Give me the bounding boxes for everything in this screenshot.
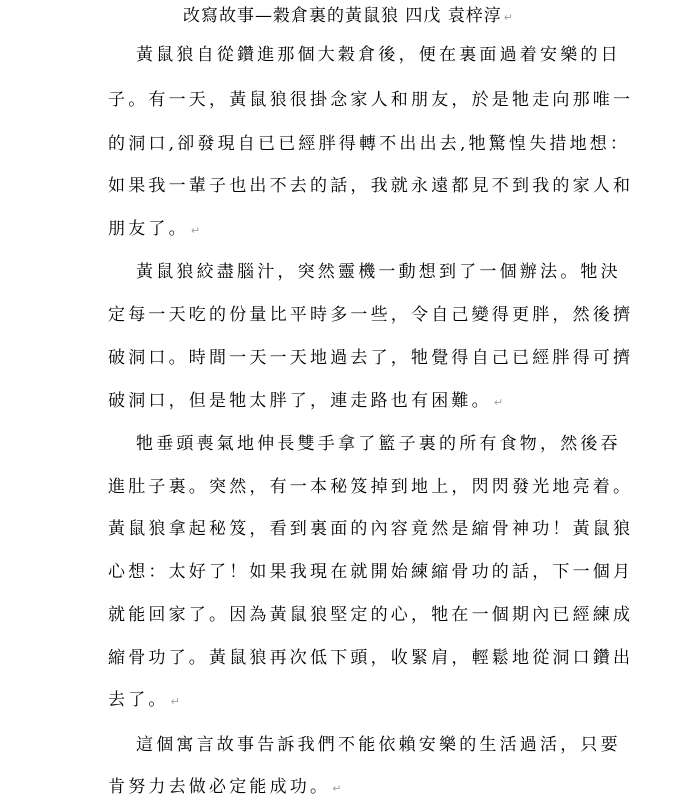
text-line: 破洞口，但是牠太胖了，連走路也有困難。↵: [108, 391, 503, 413]
text-line: 子。有一天，黃鼠狼很掛念家人和朋友，於是牠走向那唯一: [108, 90, 633, 110]
text-line: 的洞口,卻發現自已已經胖得轉不出出去,牠驚惶失措地想：: [108, 134, 630, 154]
text-line: 牠垂頭喪氣地伸長雙手拿了籃子裏的所有食物，然後吞: [136, 434, 621, 454]
paragraph-mark-icon: ↵: [332, 782, 341, 795]
text-line: 進肚子裏。突然，有一本秘笈掉到地上，閃閃發光地亮着。: [108, 477, 633, 497]
paragraph-mark-icon: ↵: [494, 396, 503, 409]
text-line: 定每一天吃的份量比平時多一些，令自己變得更胖，然後擠: [108, 305, 633, 325]
title-text: 改寫故事—穀倉裏的黃鼠狼 四戊 袁梓淳: [183, 6, 502, 26]
paragraph-mark-icon: ↵: [171, 695, 180, 708]
text-line: 去了。↵: [108, 690, 180, 712]
text-line: 這個寓言故事告訴我們不能依賴安樂的生活過活，只要: [136, 735, 621, 755]
text-line: 心想：太好了！如果我現在就開始練縮骨功的話，下一個月: [108, 562, 633, 582]
line-text: 去了。: [108, 690, 169, 710]
text-line: 黃鼠狼自從鑽進那個大穀倉後，便在裏面過着安樂的日: [136, 45, 621, 65]
text-line: 朋友了。↵: [108, 219, 200, 241]
document-title: 改寫故事—穀倉裏的黃鼠狼 四戊 袁梓淳↵: [0, 6, 696, 28]
paragraph-mark-icon: ↵: [191, 224, 200, 237]
text-line: 破洞口。時間一天一天地過去了，牠覺得自己已經胖得可擠: [108, 348, 633, 368]
text-line: 如果我一輩子也出不去的話，我就永遠都見不到我的家人和: [108, 176, 633, 196]
paragraph-mark-icon: ↵: [504, 11, 513, 24]
line-text: 破洞口，但是牠太胖了，連走路也有困難。: [108, 391, 492, 411]
line-text: 朋友了。: [108, 219, 189, 239]
text-line: 就能回家了。因為黃鼠狼堅定的心，牠在一個期內已經練成: [108, 605, 633, 625]
text-line: 黃鼠狼拿起秘笈，看到裏面的內容竟然是縮骨神功！黃鼠狼: [108, 519, 633, 539]
text-line: 縮骨功了。黃鼠狼再次低下頭，收緊肩，輕鬆地從洞口鑽出: [108, 648, 633, 668]
line-text: 肯努力去做必定能成功。: [108, 777, 330, 797]
text-line: 黃鼠狼絞盡腦汁，突然靈機一動想到了一個辦法。牠決: [136, 262, 621, 282]
text-line: 肯努力去做必定能成功。↵: [108, 777, 341, 799]
